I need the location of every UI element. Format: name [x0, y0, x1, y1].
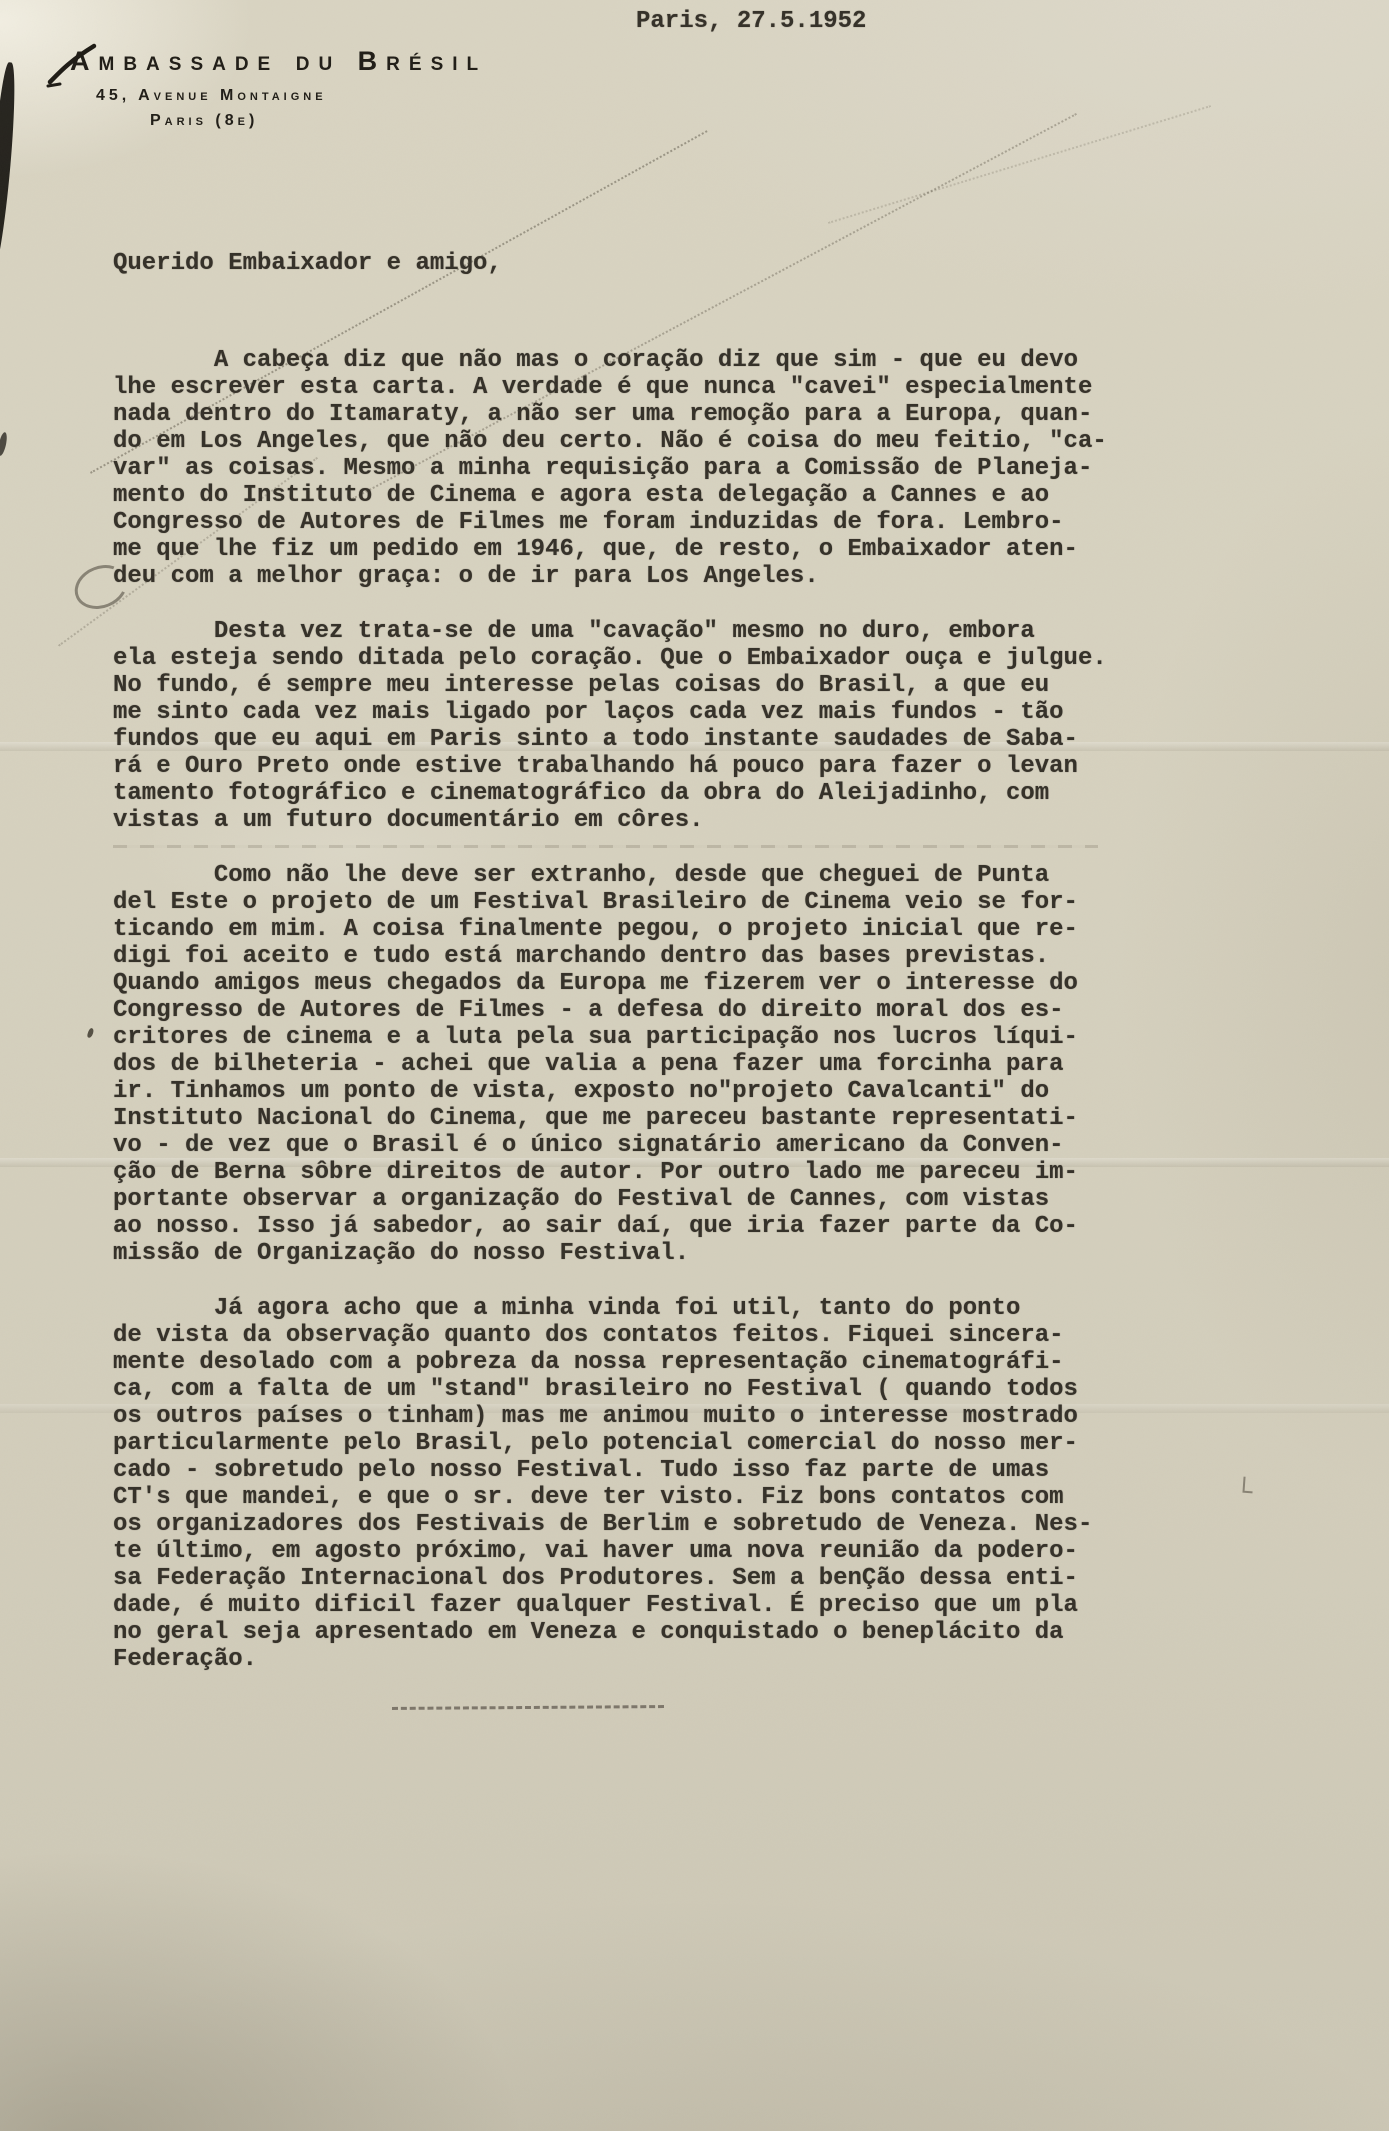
- date-line: Paris, 27.5.1952: [636, 8, 866, 35]
- salutation: Querido Embaixador e amigo,: [113, 250, 1143, 277]
- paragraph-1: A cabeça diz que não mas o coração diz q…: [113, 347, 1143, 590]
- letterhead-city: Paris (8e): [150, 112, 487, 130]
- letter-body: Querido Embaixador e amigo, A cabeça diz…: [113, 250, 1143, 1673]
- pencil-dot-mark: [87, 1027, 95, 1038]
- letterhead-address: 45, Avenue Montaigne: [96, 87, 487, 105]
- letterhead: Ambassade du Brésil 45, Avenue Montaigne…: [70, 46, 487, 130]
- page-edge-tear: [0, 62, 19, 278]
- paragraph-2: Desta vez trata-se de uma "cavação" mesm…: [113, 618, 1143, 834]
- letter-page: Paris, 27.5.1952 Ambassade du Brésil 45,…: [0, 0, 1389, 2131]
- pencil-smudge-line: [113, 845, 1098, 848]
- checkmark-icon: [46, 42, 100, 90]
- letterhead-organization: Ambassade du Brésil: [70, 46, 487, 77]
- paragraph-3: Como não lhe deve ser extranho, desde qu…: [113, 862, 1143, 1267]
- pencil-right-mark: [1242, 1477, 1253, 1494]
- paragraph-4: Já agora acho que a minha vinda foi util…: [113, 1295, 1143, 1673]
- page-edge-mark: [0, 432, 8, 457]
- pencil-scratch: [828, 105, 1211, 224]
- pencil-dash-mark: [392, 1705, 664, 1710]
